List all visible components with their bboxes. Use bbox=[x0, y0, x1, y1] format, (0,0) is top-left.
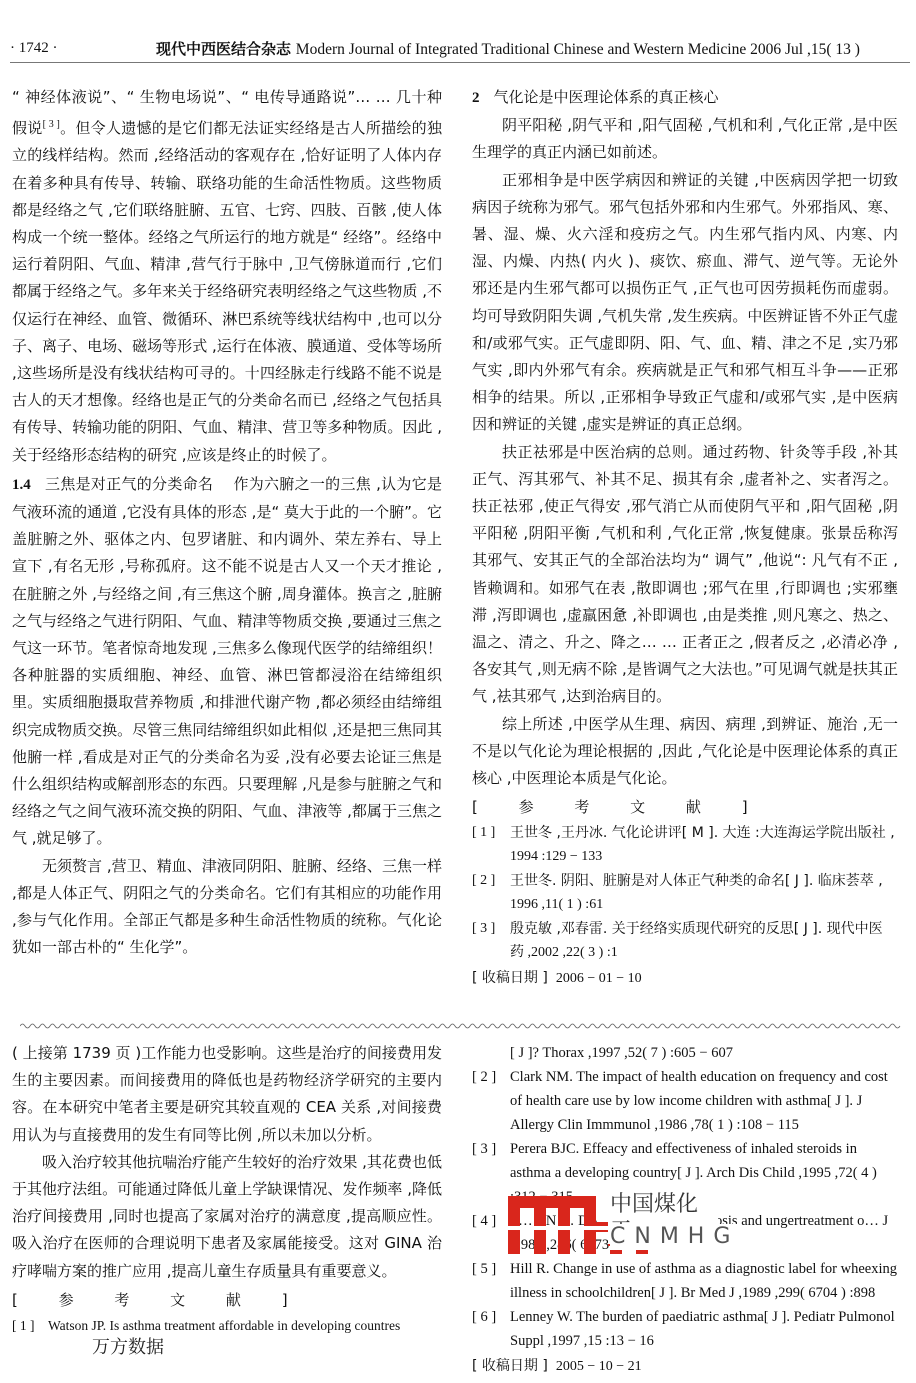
journal-title: 现代中西医结合杂志 Modern Journal of Integrated T… bbox=[156, 38, 860, 59]
citation: [ 3 ] bbox=[43, 119, 60, 130]
paragraph: 正邪相争是中医学病因和辨证的关键 ,中医病因学把一切致病因子统称为邪气。邪气包括… bbox=[472, 167, 898, 439]
section-title: 三焦是对正气的分类命名 bbox=[45, 475, 213, 493]
received-date: [ 收稿日期 ]2005 − 10 − 21 bbox=[472, 1353, 898, 1380]
paragraph: 综上所述 ,中医学从生理、病因、病理 ,到辨证、施治 ,无一不是以气化论为理论根… bbox=[472, 711, 898, 793]
paragraph: 无须赘言 ,营卫、精血、津液同阴阳、脏腑、经络、三焦一样 ,都是人体正气、阴阳之… bbox=[12, 853, 442, 962]
paragraph: 阴平阳秘 ,阴气平和 ,阳气固秘 ,气机和利 ,气化正常 ,是中医生理学的真正内… bbox=[472, 112, 898, 166]
received-date: [ 收稿日期 ]2006 − 01 − 10 bbox=[472, 965, 898, 992]
logo-text-en: CNMHG bbox=[610, 1224, 739, 1250]
reference-item: [ 1 ] Watson JP. Is asthma treatment aff… bbox=[12, 1314, 442, 1338]
header-divider bbox=[10, 62, 910, 63]
reference-item: [ 5 ] Hill R. Change in use of asthma as… bbox=[472, 1257, 898, 1305]
bottom-left-column: ( 上接第 1739 页 )工作能力也受影响。这些是治疗的间接费用发生的主要因素… bbox=[12, 1040, 442, 1338]
journal-title-cn: 现代中西医结合杂志 bbox=[156, 40, 291, 58]
wanfang-watermark: 万方数据 bbox=[92, 1333, 164, 1359]
references-heading: [ 参 考 文 献 ] bbox=[12, 1287, 442, 1314]
reference-continuation: [ J ]? Thorax ,1997 ,52( 7 ) :605 − 607 bbox=[472, 1041, 898, 1065]
cnmhg-watermark-logo: 中国煤化工 CNMHG bbox=[508, 1188, 718, 1254]
running-header: · 1742 · 现代中西医结合杂志 Modern Journal of Int… bbox=[10, 12, 910, 52]
page-number: · 1742 · bbox=[10, 40, 58, 57]
reference-item: [ 2 ] 王世冬. 阴阳、脏腑是对人体正气种类的命名[ J ]. 临床荟萃 ,… bbox=[472, 869, 898, 917]
reference-item: [ 1 ] 王世冬 ,王丹冰. 气化论讲评[ M ]. 大连 :大连海运学院出版… bbox=[472, 821, 898, 869]
references-heading: [ 参 考 文 献 ] bbox=[472, 794, 898, 821]
top-left-column: “ 神经体液说”、“ 生物电场说”、“ 电传导通路说”… … 几十种假说[ 3 … bbox=[12, 84, 442, 962]
paragraph: 扶正祛邪是中医治病的总则。通过药物、针灸等手段 ,补其正气、泻其邪气、补其不足、… bbox=[472, 439, 898, 711]
paragraph: ( 上接第 1739 页 )工作能力也受影响。这些是治疗的间接费用发生的主要因素… bbox=[12, 1040, 442, 1149]
paragraph: 吸入治疗较其他抗喘治疗能产生较好的治疗效果 ,其花费也低于其他疗法组。可能通过降… bbox=[12, 1149, 442, 1285]
reference-item: [ 6 ] Lenney W. The burden of paediatric… bbox=[472, 1305, 898, 1353]
reference-item: [ 2 ] Clark NM. The impact of health edu… bbox=[472, 1065, 898, 1137]
section-1-4: 1.4三焦是对正气的分类命名作为六腑之一的三焦 ,认为它是气液环流的通道 ,它没… bbox=[12, 471, 442, 853]
wavy-divider bbox=[20, 1021, 902, 1031]
top-right-column: 2气化论是中医理论体系的真正核心 阴平阳秘 ,阴气平和 ,阳气固秘 ,气机和利 … bbox=[472, 84, 898, 992]
section-2-heading: 2气化论是中医理论体系的真正核心 bbox=[472, 84, 898, 112]
reference-item: [ 3 ] 殷克敏 ,邓春雷. 关于经络实质现代研究的反思[ J ]. 现代中医… bbox=[472, 917, 898, 965]
journal-title-en: Modern Journal of Integrated Traditional… bbox=[296, 41, 860, 58]
paragraph: “ 神经体液说”、“ 生物电场说”、“ 电传导通路说”… … 几十种假说[ 3 … bbox=[12, 84, 442, 469]
